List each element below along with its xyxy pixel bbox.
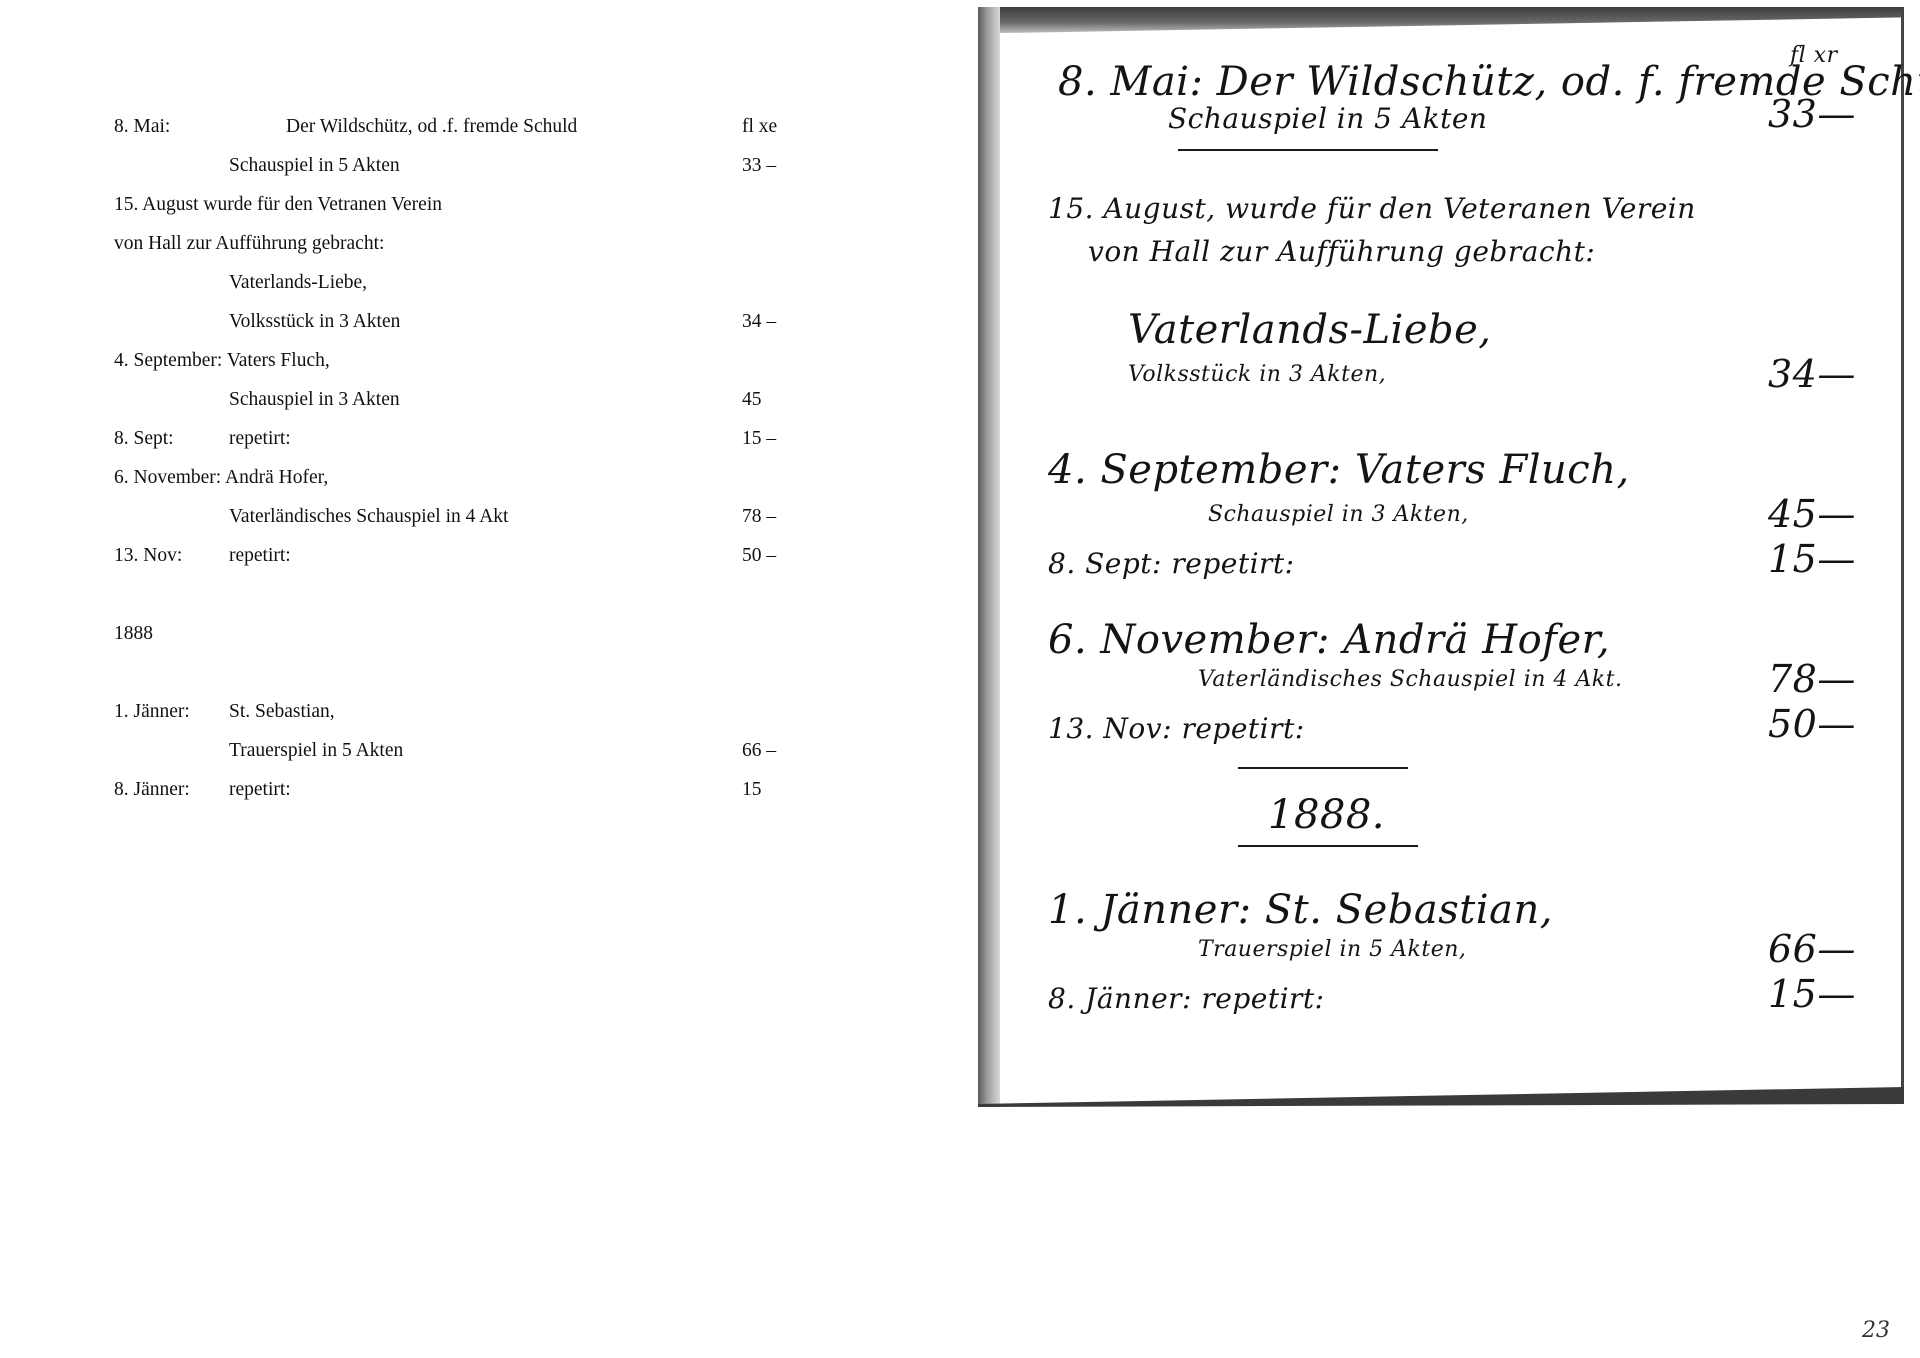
entry-date: 8. Jänner: xyxy=(114,775,190,805)
entry-text: Der Wildschütz, od .f. fremde Schuld xyxy=(286,112,577,142)
entry-text: Schauspiel in 3 Akten xyxy=(229,385,400,415)
manuscript-underline xyxy=(1238,845,1418,847)
entry-amount: 34 – xyxy=(742,307,776,337)
manuscript-amount: 33— xyxy=(1768,92,1856,136)
manuscript-line: 13. Nov: repetirt: xyxy=(1048,712,1305,745)
transcription-row: Trauerspiel in 5 Akten66 – xyxy=(114,736,814,775)
manuscript-amount: 78— xyxy=(1768,657,1856,701)
manuscript-line: Trauerspiel in 5 Akten, xyxy=(1198,937,1466,962)
transcription-row: Schauspiel in 5 Akten33 – xyxy=(114,151,814,190)
entry-date: 13. Nov: xyxy=(114,541,182,571)
manuscript-line: Schauspiel in 3 Akten, xyxy=(1208,502,1469,527)
entry-text: 15. August wurde für den Vetranen Verein xyxy=(114,190,442,220)
manuscript-line: 1. Jänner: St. Sebastian, xyxy=(1048,887,1553,933)
manuscript-amount: 15— xyxy=(1768,972,1856,1016)
manuscript-line: Vaterlands-Liebe, xyxy=(1128,307,1492,353)
manuscript-line: Schauspiel in 5 Akten xyxy=(1168,102,1487,135)
entry-amount: 15 – xyxy=(742,424,776,454)
transcription-row: Vaterländisches Schauspiel in 4 Akt78 – xyxy=(114,502,814,541)
manuscript-line: Volksstück in 3 Akten, xyxy=(1128,362,1386,387)
manuscript-line: 8. Sept: repetirt: xyxy=(1048,547,1295,580)
transcription-row: 4. September: Vaters Fluch, xyxy=(114,346,814,385)
manuscript-amount: 45— xyxy=(1768,492,1856,536)
manuscript-underline xyxy=(1178,149,1438,151)
entry-text: repetirt: xyxy=(229,541,291,571)
manuscript-amount: 50— xyxy=(1768,702,1856,746)
manuscript-line: 1888. xyxy=(1268,792,1385,838)
entry-amount: 33 – xyxy=(742,151,776,181)
manuscript-line: 4. September: Vaters Fluch, xyxy=(1048,447,1630,493)
entry-text: Vaterländisches Schauspiel in 4 Akt xyxy=(229,502,508,532)
manuscript-underline xyxy=(1238,767,1408,769)
entry-date: 8. Mai: xyxy=(114,112,170,142)
year-label: 1888 xyxy=(114,619,153,649)
transcription-row: von Hall zur Aufführung gebracht: xyxy=(114,229,814,268)
entry-amount: 45 xyxy=(742,385,762,415)
transcription-row: 1. Jänner:St. Sebastian, xyxy=(114,697,814,736)
entry-text: Schauspiel in 5 Akten xyxy=(229,151,400,181)
entry-text: Volksstück in 3 Akten xyxy=(229,307,400,337)
entry-text: von Hall zur Aufführung gebracht: xyxy=(114,229,384,259)
manuscript-line: Vaterländisches Schauspiel in 4 Akt. xyxy=(1198,667,1622,692)
transcription-row: 8. Jänner:repetirt:15 xyxy=(114,775,814,814)
entry-text: Vaterlands-Liebe, xyxy=(229,268,367,298)
transcription-row: 8. Sept:repetirt:15 – xyxy=(114,424,814,463)
scan-shadow-bottom xyxy=(978,1087,1904,1107)
transcription-row: 6. November: Andrä Hofer, xyxy=(114,463,814,502)
entry-text: 6. November: Andrä Hofer, xyxy=(114,463,328,493)
entry-text: 4. September: Vaters Fluch, xyxy=(114,346,330,376)
transcription-panel: 8. Mai:Der Wildschütz, od .f. fremde Sch… xyxy=(114,112,814,814)
transcription-row: 8. Mai:Der Wildschütz, od .f. fremde Sch… xyxy=(114,112,814,151)
currency-header: fl xe xyxy=(742,112,777,142)
entry-text: repetirt: xyxy=(229,424,291,454)
manuscript-line: von Hall zur Aufführung gebracht: xyxy=(1088,235,1595,268)
page-number: 23 xyxy=(1862,1318,1890,1343)
entry-amount: 15 xyxy=(742,775,762,805)
transcription-row: Vaterlands-Liebe, xyxy=(114,268,814,307)
transcription-row: 15. August wurde für den Vetranen Verein xyxy=(114,190,814,229)
scan-edge-right xyxy=(1901,11,1904,1091)
transcription-row: Volksstück in 3 Akten34 – xyxy=(114,307,814,346)
manuscript-line: 8. Jänner: repetirt: xyxy=(1048,982,1325,1015)
entry-amount: 66 – xyxy=(742,736,776,766)
scan-binding-edge xyxy=(978,7,1000,1107)
transcription-row: Schauspiel in 3 Akten45 xyxy=(114,385,814,424)
entry-text: St. Sebastian, xyxy=(229,697,335,727)
manuscript-line: 15. August, wurde für den Veteranen Vere… xyxy=(1048,192,1696,225)
transcription-row: 13. Nov:repetirt:50 – xyxy=(114,541,814,580)
manuscript-amount: 15— xyxy=(1768,537,1856,581)
entry-text: repetirt: xyxy=(229,775,291,805)
entry-amount: 78 – xyxy=(742,502,776,532)
scan-shadow-top xyxy=(978,7,1904,33)
manuscript-amount: 66— xyxy=(1768,927,1856,971)
entry-date: 1. Jänner: xyxy=(114,697,190,727)
entry-amount: 50 – xyxy=(742,541,776,571)
manuscript-line: 6. November: Andrä Hofer, xyxy=(1048,617,1610,663)
entry-text: Trauerspiel in 5 Akten xyxy=(229,736,403,766)
manuscript-scan: fl xr 8. Mai: Der Wildschütz, od. f. fre… xyxy=(978,7,1904,1107)
entry-date: 8. Sept: xyxy=(114,424,174,454)
year-heading: 1888 xyxy=(114,619,814,658)
manuscript-amount: 34— xyxy=(1768,352,1856,396)
